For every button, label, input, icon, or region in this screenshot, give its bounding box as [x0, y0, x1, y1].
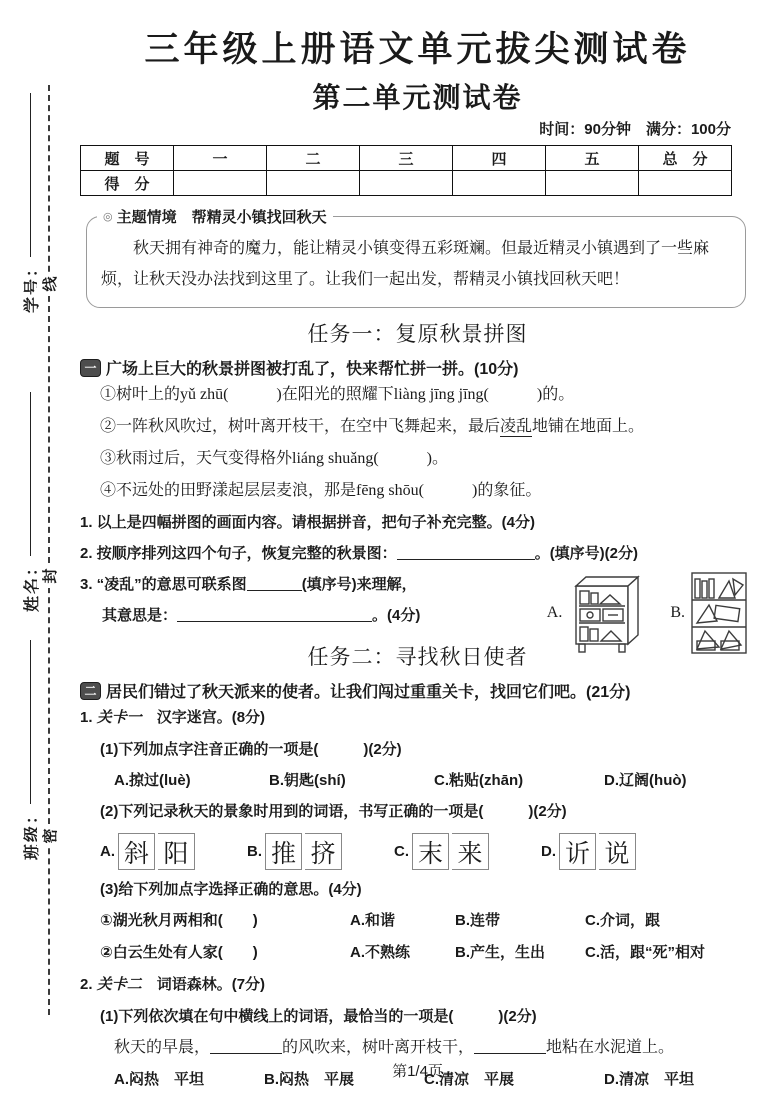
opt-post: (shí) — [314, 772, 346, 789]
score-empty-cell — [639, 171, 732, 196]
section-one-icon: 一 — [80, 359, 101, 377]
score-empty-cell — [267, 171, 360, 196]
char-box: 末 — [412, 833, 449, 870]
exam-meta: 时间：90分钟 满分：100分 — [80, 118, 731, 139]
stem-pre: ②白云 — [100, 944, 143, 961]
opt-pre: A. — [114, 772, 129, 789]
page-title: 三年级上册语文单元拔尖测试卷 — [80, 22, 755, 72]
q3-stem: (3)给下列加点字选择正确的意思。(4分) — [80, 874, 755, 905]
task1-question-3-line2: 其意思是：。(4分) — [80, 600, 530, 631]
opt-label: D. — [541, 843, 556, 860]
char-box: 䜣 — [559, 833, 596, 870]
score-table: 题 号 一 二 三 四 五 总 分 得 分 — [80, 145, 732, 196]
theme-box: ◎ 主题情境 帮精灵小镇找回秋天 秋天拥有神奇的魔力，能让精灵小镇变得五彩斑斓。… — [86, 216, 746, 308]
section-two-stem: 居民们错过了秋天派来的使者。让我们闯过重重关卡，找回它们吧。(21分) — [106, 679, 630, 702]
task1-question-3-line1: 3. “凌乱”的意思可联系图(填序号)来理解， — [80, 569, 530, 600]
opt-post: (huò) — [649, 772, 686, 789]
opt-dotted-char: 阔 — [634, 772, 649, 789]
checkpoint-two-number: 2. — [80, 976, 93, 993]
messy-shelf-drawing — [689, 571, 749, 655]
task1-question-2: 2. 按顺序排列这四个句子，恢复完整的秋景图：。(填序号)(2分) — [80, 538, 755, 569]
score-empty-cell — [453, 171, 546, 196]
q2-stem: (2)下列记录秋天的景象时用到的词语，书写正确的一项是( )(2分) — [80, 796, 755, 827]
item2-underlined-word: 凌乱 — [500, 418, 532, 437]
char-box: 挤 — [305, 833, 342, 870]
name-blank-line — [30, 392, 31, 556]
stem-post: ( ) — [218, 912, 258, 929]
q3-sub1-option-c: C.介词，跟 — [585, 905, 755, 937]
seal-dashed-line — [48, 85, 50, 1015]
q4-stem: (1)下列依次填在句中横线上的词语，最恰当的一项是( )(2分) — [80, 1001, 755, 1032]
char-box: 来 — [452, 833, 489, 870]
page-number: 第1/4页 — [80, 1060, 755, 1081]
checkpoint-one-name: 关卡一 — [97, 710, 142, 726]
pinyin-item-3: ③秋雨过后，天气变得格外liáng shuǎng( )。 — [100, 443, 755, 475]
exam-paper-page: 学号： 姓名： 班级： 线 封 密 三年级上册语文单元拔尖测试卷 第二单元测试卷… — [0, 0, 780, 1103]
q3-sub1-row: ①湖光秋月两相和( ) A.和谐 B.连带 C.介词，跟 — [80, 905, 755, 937]
q3-sub1-option-a: A.和谐 — [350, 905, 455, 937]
q3-line2-post: 。(4分) — [372, 607, 420, 624]
figure-a-tidy-shelf: A. — [547, 571, 645, 655]
score-header-cell: 总 分 — [639, 146, 732, 171]
q3-answer-blank-2 — [177, 607, 372, 622]
section-two-icon: 二 — [80, 682, 101, 700]
sentence-post: 地粘在水泥道上。 — [546, 1039, 674, 1056]
opt-label: C. — [394, 843, 409, 860]
checkpoint-two-name: 关卡二 — [97, 977, 142, 993]
checkpoint-two-rest: 词语森林。(7分) — [142, 976, 265, 993]
sentence-blank-2 — [474, 1038, 546, 1054]
stem-pre: ①湖光秋月两相 — [100, 912, 203, 929]
checkpoint-one-rest: 汉字迷宫。(8分) — [142, 709, 265, 726]
stem-post: 处有人家( ) — [158, 944, 258, 961]
tidy-cabinet-drawing — [566, 571, 644, 655]
task1-question-1: 1. 以上是四幅拼图的画面内容。请根据拼音，把句子补充完整。(4分) — [80, 507, 755, 538]
q1-option-c: C.粘贴(zhān) — [434, 765, 604, 796]
q2-option-d: D.䜣说 — [541, 833, 636, 870]
opt-dotted-char: 粘 — [449, 772, 464, 789]
stem-dotted-char: 和 — [203, 912, 218, 929]
checkpoint-one-number: 1. — [80, 709, 93, 726]
item2-pre: ②一阵秋风吹过，树叶离开枝干，在空中飞舞起来，最后 — [100, 418, 500, 435]
section-two-line: 二 居民们错过了秋天派来的使者。让我们闯过重重关卡，找回它们吧。(21分) — [80, 679, 755, 702]
q3-pre: 3. “凌乱”的意思可联系图 — [80, 576, 247, 593]
figure-a-label: A. — [547, 604, 563, 622]
task1-question-3-block: 3. “凌乱”的意思可联系图(填序号)来理解， 其意思是：。(4分) A. — [80, 569, 755, 631]
score-table-score-row: 得 分 — [81, 171, 732, 196]
question-3-figures: A. — [547, 571, 749, 655]
theme-box-title: ◎ 主题情境 帮精灵小镇找回秋天 — [97, 206, 333, 227]
q3-answer-blank-1 — [247, 576, 302, 591]
score-empty-cell — [360, 171, 453, 196]
char-box: 斜 — [118, 833, 155, 870]
score-header-cell: 一 — [174, 146, 267, 171]
score-header-cell: 五 — [546, 146, 639, 171]
checkpoint-two-line: 2. 关卡二 词语森林。(7分) — [80, 969, 755, 1001]
sentence-pre: 秋天的早晨， — [114, 1039, 210, 1056]
q2-option-b: B.推挤 — [247, 833, 342, 870]
stem-dotted-char: 生 — [143, 944, 158, 961]
figure-b-messy-shelf: B. — [670, 571, 749, 655]
section-one-stem: 广场上巨大的秋景拼图被打乱了，快来帮忙拼一拼。(10分) — [106, 356, 518, 379]
pinyin-item-4: ④不远处的田野漾起层层麦浪，那是fēng shōu( )的象征。 — [100, 475, 755, 507]
score-header-cell: 三 — [360, 146, 453, 171]
opt-label: A. — [100, 843, 115, 860]
class-blank-line — [30, 640, 31, 804]
opt-label: B. — [247, 843, 262, 860]
score-row-label: 得 分 — [81, 171, 174, 196]
seal-char-line: 线 — [37, 272, 61, 296]
theme-body-text: 秋天拥有神奇的魔力，能让精灵小镇变得五彩斑斓。但最近精灵小镇遇到了一些麻烦，让秋… — [101, 233, 729, 295]
q3-sub2-option-b: B.产生，生出 — [455, 937, 585, 969]
q2-pre: 2. 按顺序排列这四个句子，恢复完整的秋景图： — [80, 545, 397, 562]
opt-post: 贴(zhān) — [464, 772, 523, 789]
q3-mid: (填序号)来理解， — [302, 576, 417, 593]
score-empty-cell — [546, 171, 639, 196]
sentence-blank-1 — [210, 1038, 282, 1054]
q3-sub2-option-a: A.不熟练 — [350, 937, 455, 969]
circle-ornament-icon: ◎ — [103, 210, 113, 223]
section-one-line: 一 广场上巨大的秋景拼图被打乱了，快来帮忙拼一拼。(10分) — [80, 356, 755, 379]
q2-option-c: C.末来 — [394, 833, 489, 870]
opt-pre: C. — [434, 772, 449, 789]
seal-char-feng: 封 — [37, 564, 61, 588]
opt-pre: D.辽 — [604, 772, 634, 789]
q1-option-b: B.钥匙(shí) — [269, 765, 434, 796]
student-id-blank-line — [30, 93, 31, 257]
score-empty-cell — [174, 171, 267, 196]
opt-post: 过(luè) — [144, 772, 191, 789]
pinyin-item-1: ①树叶上的yǔ zhū( )在阳光的照耀下liàng jīng jīng( )的… — [100, 379, 755, 411]
q3-sub1-stem: ①湖光秋月两相和( ) — [100, 905, 350, 937]
checkpoint-one-line: 1. 关卡一 汉字迷宫。(8分) — [80, 702, 755, 734]
q3-sub1-option-b: B.连带 — [455, 905, 585, 937]
q1-stem: (1)下列加点字注音正确的一项是( )(2分) — [80, 734, 755, 765]
figure-b-label: B. — [670, 604, 685, 622]
page-subtitle: 第二单元测试卷 — [80, 76, 755, 116]
q1-option-d: D.辽阔(huò) — [604, 765, 755, 796]
sentence-mid: 的风吹来，树叶离开枝干， — [282, 1039, 474, 1056]
opt-dotted-char: 匙 — [299, 772, 314, 789]
q3-sub2-row: ②白云生处有人家( ) A.不熟练 B.产生，生出 C.活，跟“死”相对 — [80, 937, 755, 969]
task1-heading: 任务一：复原秋景拼图 — [80, 318, 755, 348]
theme-title-text: 主题情境 帮精灵小镇找回秋天 — [117, 206, 327, 227]
opt-pre: B.钥 — [269, 772, 299, 789]
item2-post: 地铺在地面上。 — [532, 418, 644, 435]
q1-option-a: A.掠过(luè) — [114, 765, 269, 796]
char-box: 推 — [265, 833, 302, 870]
score-header-cell: 四 — [453, 146, 546, 171]
q3-sub2-option-c: C.活，跟“死”相对 — [585, 937, 755, 969]
pinyin-item-2: ②一阵秋风吹过，树叶离开枝干，在空中飞舞起来，最后凌乱地铺在地面上。 — [100, 411, 755, 443]
opt-dotted-char: 掠 — [129, 772, 144, 789]
q2-post: 。(填序号)(2分) — [535, 545, 638, 562]
score-header-cell: 二 — [267, 146, 360, 171]
score-table-header-row: 题 号 一 二 三 四 五 总 分 — [81, 146, 732, 171]
seal-char-mi: 密 — [37, 824, 61, 848]
q3-sub2-stem: ②白云生处有人家( ) — [100, 937, 350, 969]
score-header-cell: 题 号 — [81, 146, 174, 171]
q2-option-a: A.斜阳 — [100, 833, 195, 870]
q1-options-row: A.掠过(luè) B.钥匙(shí) C.粘贴(zhān) D.辽阔(huò) — [80, 765, 755, 796]
q2-boxed-options-row: A.斜阳 B.推挤 C.末来 D.䜣说 — [80, 833, 755, 870]
char-box: 说 — [599, 833, 636, 870]
char-box: 阳 — [158, 833, 195, 870]
q3-line2-pre: 其意思是： — [102, 607, 177, 624]
q2-answer-blank — [397, 545, 535, 560]
